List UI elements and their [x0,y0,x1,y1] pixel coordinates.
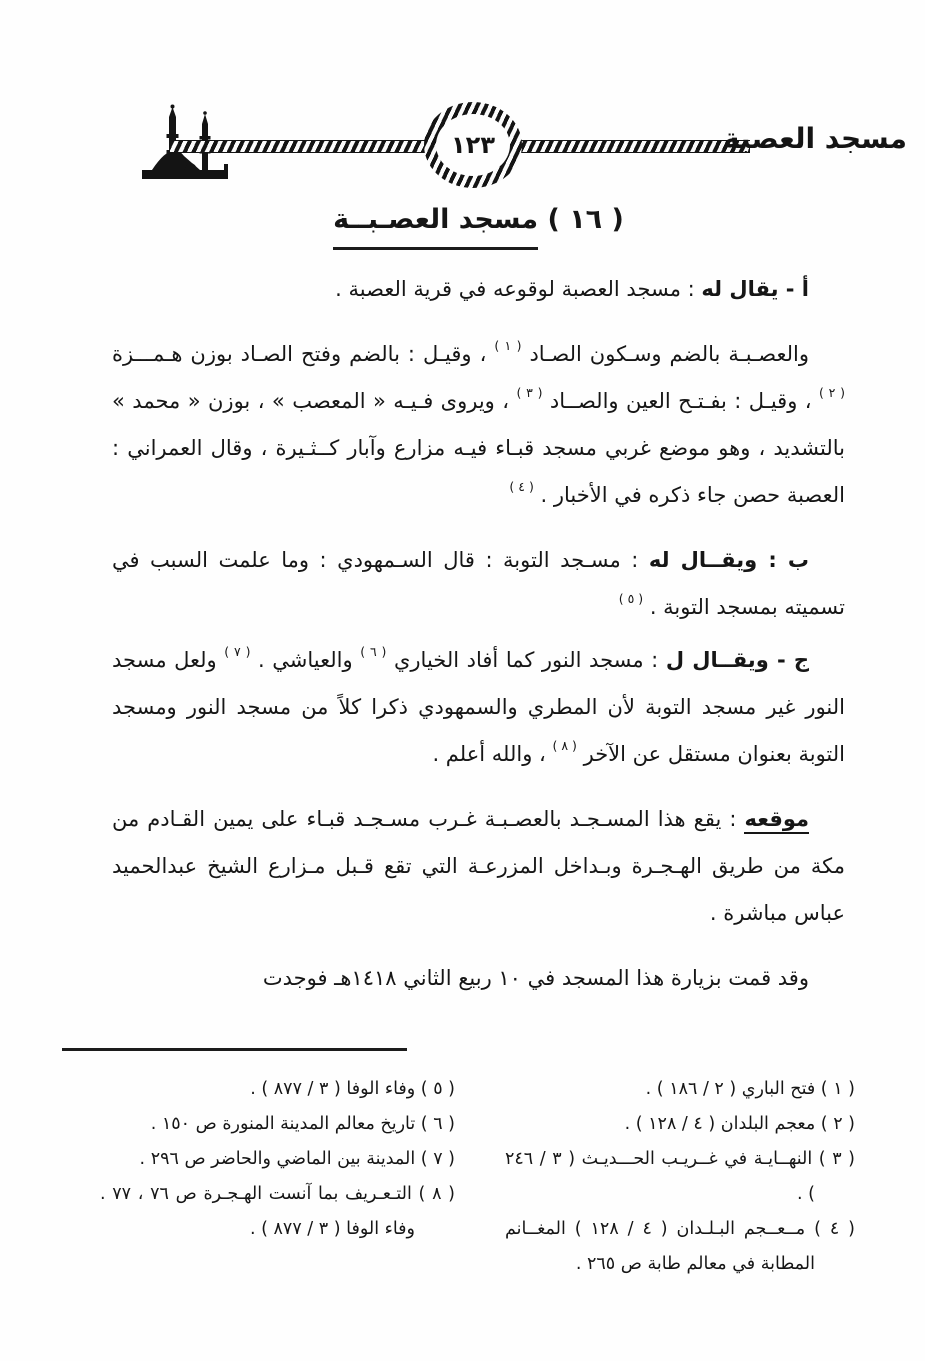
footnote-item: ( ٣ ) النهــايـة في غــريـب الحـــديـث (… [505,1142,855,1212]
running-head-title: مسجد العصبة [723,122,907,155]
footnote-item: ( ٥ ) وفاء الوفا ( ٣ / ٨٧٧ ) . [100,1072,455,1107]
chapter-number: ( ١٦ ) [538,204,624,235]
paragraph-j: ج - ويقــال ل : مسجد النور كما أفاد الخي… [112,637,845,778]
footnote-item: ( ١ ) فتح الباري ( ٢ / ١٨٦ ) . [505,1072,855,1107]
book-page: ١٢٣ مسجد العصبة ( ١٦ ) مسجد العصـبــة أ … [0,0,925,1361]
paragraph-etymology: والعصـبـة بالضم وسـكون الصـاد ( ١ ) ، وق… [112,331,845,519]
main-text-block: ( ١٦ ) مسجد العصـبــة أ - يقال له : مسجد… [112,200,845,1002]
paragraph-location: موقعه : يقع هذا المسـجـد بالعصـبـة غـرب … [112,796,845,937]
footnotes-section: ( ١ ) فتح الباري ( ٢ / ١٨٦ ) .( ٢ ) معجم… [100,1072,855,1282]
footnote-item: ( ٦ ) تاريخ معالم المدينة المنورة ص ١٥٠ … [100,1107,455,1142]
page-header: ١٢٣ مسجد العصبة [0,98,925,190]
page-number: ١٢٣ [436,114,510,176]
footnote-item: ( ٧ ) المدينة بين الماضي والحاضر ص ٢٩٦ . [100,1142,455,1177]
footnote-item: ( ٢ ) معجم البلدان ( ٤ / ١٢٨ ) . [505,1107,855,1142]
page-number-medallion: ١٢٣ [424,102,522,188]
chapter-name: مسجد العصـبــة [333,204,538,250]
footnote-item: ( ٤ ) مــعــجم البـلـدان ( ٤ / ١٢٨ ) الم… [505,1212,855,1282]
chapter-title: ( ١٦ ) مسجد العصـبــة [112,200,845,240]
footnotes-left-column: ( ٥ ) وفاء الوفا ( ٣ / ٨٧٧ ) .( ٦ ) تاري… [100,1072,455,1282]
paragraph-visit: وقد قمت بزيارة هذا المسجد في ١٠ ربيع الث… [112,955,845,1002]
footnote-divider [62,1048,407,1051]
footnotes-right-column: ( ١ ) فتح الباري ( ٢ / ١٨٦ ) .( ٢ ) معجم… [505,1072,855,1282]
footnote-item: ( ٨ ) التـعـريف بما آنست الهـجـرة ص ٧٦ ،… [100,1177,455,1247]
paragraph-a: أ - يقال له : مسجد العصبة لوقوعه في قرية… [112,266,845,313]
paragraph-b: ب : ويقــال له : مسـجد التوبة : قال السـ… [112,537,845,631]
